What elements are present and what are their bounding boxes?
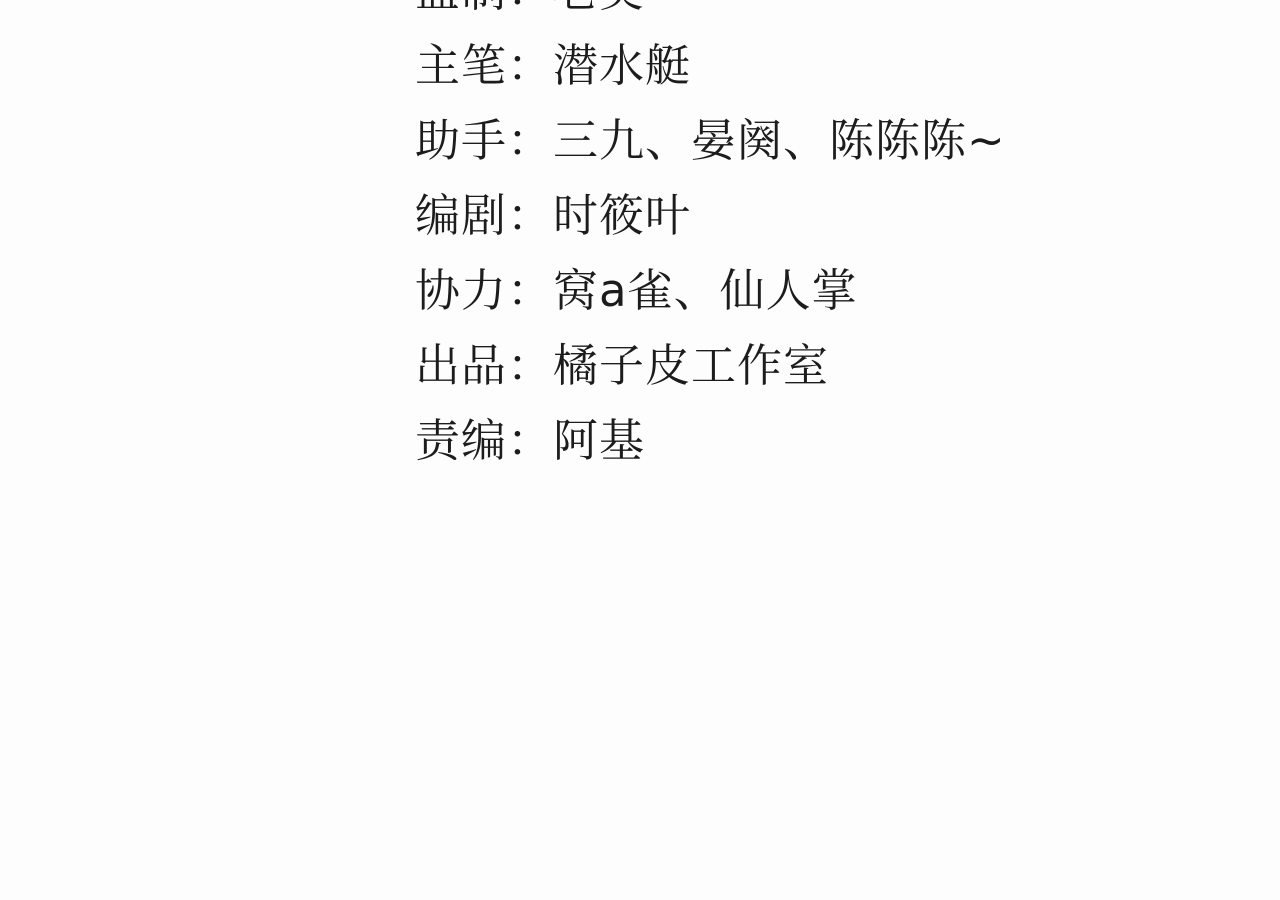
credit-line-lead-artist: 主笔：潜水艇 <box>415 28 1006 103</box>
credit-colon: ： <box>507 189 553 242</box>
credit-role-label: 助手 <box>415 114 507 167</box>
credit-role-label: 监制 <box>415 0 507 17</box>
credit-colon: ： <box>507 39 553 92</box>
credit-role-label: 协力 <box>415 264 507 317</box>
credit-colon: ： <box>507 114 553 167</box>
credit-name: 三九、晏阕、陈陈陈~ <box>553 114 1006 167</box>
credit-role-label: 编剧 <box>415 189 507 242</box>
credit-line-editor: 责编：阿基 <box>415 403 1006 478</box>
credit-colon: ： <box>507 414 553 467</box>
credit-role-label: 主笔 <box>415 39 507 92</box>
credit-line-producer-studio: 出品：橘子皮工作室 <box>415 328 1006 403</box>
credit-line-scriptwriter: 编剧：时筱叶 <box>415 178 1006 253</box>
credit-name: 橘子皮工作室 <box>553 339 829 392</box>
credit-colon: ： <box>507 0 553 17</box>
credit-line-supervisor: 监制：老吴 <box>415 0 1006 28</box>
credit-name: 阿基 <box>553 414 645 467</box>
credits-block: 监制：老吴 主笔：潜水艇 助手：三九、晏阕、陈陈陈~ 编剧：时筱叶 协力：窝a雀… <box>415 0 1006 478</box>
credit-line-support: 协力：窝a雀、仙人掌 <box>415 253 1006 328</box>
credit-colon: ： <box>507 264 553 317</box>
credits-page: 监制：老吴 主笔：潜水艇 助手：三九、晏阕、陈陈陈~ 编剧：时筱叶 协力：窝a雀… <box>0 0 1280 900</box>
credit-name: 时筱叶 <box>553 189 691 242</box>
credit-name: 潜水艇 <box>553 39 691 92</box>
credit-role-label: 出品 <box>415 339 507 392</box>
credit-line-assistants: 助手：三九、晏阕、陈陈陈~ <box>415 103 1006 178</box>
credit-colon: ： <box>507 339 553 392</box>
credit-name: 窝a雀、仙人掌 <box>553 264 858 317</box>
credit-name: 老吴 <box>553 0 645 17</box>
credit-role-label: 责编 <box>415 414 507 467</box>
